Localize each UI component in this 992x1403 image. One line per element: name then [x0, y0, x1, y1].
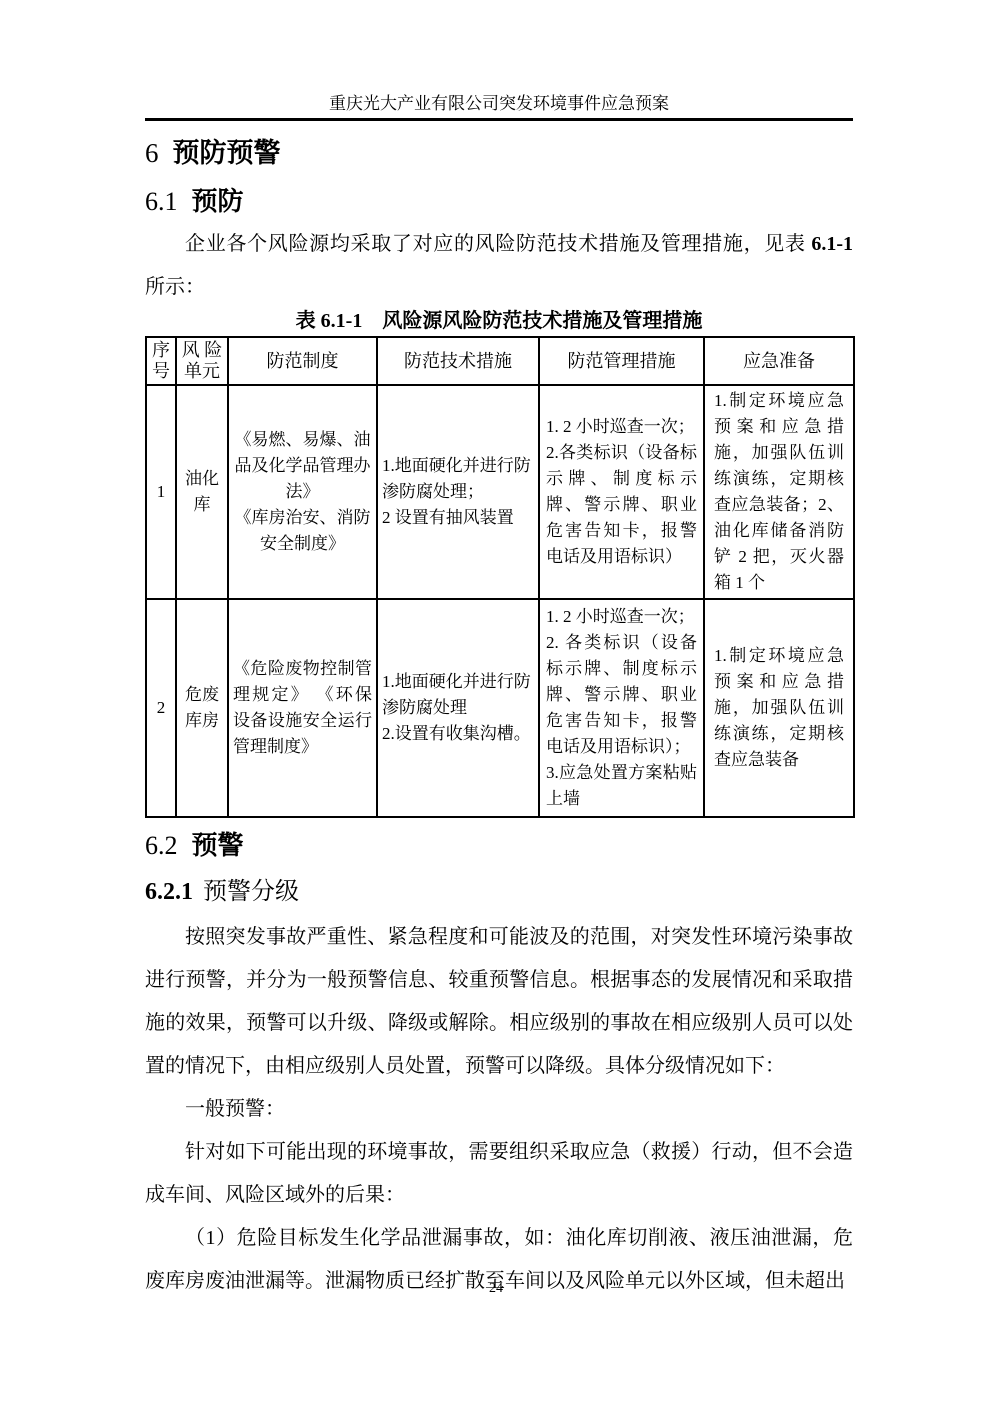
document-page: 重庆光大产业有限公司突发环境事件应急预案 6预防预警 6.1预防 企业各个风险源… — [0, 0, 992, 1403]
heading-number: 6 — [145, 138, 159, 168]
table-header-row: 序 号 风 险 单元 防范制度 防范技术措施 防范管理措施 应急准备 — [146, 337, 854, 385]
col-header-mgmt: 防范管理措施 — [539, 337, 704, 385]
cell-tech: 1.地面硬化并进行防渗防腐处理； 2 设置有抽风装置 — [377, 385, 539, 599]
heading-text: 预防 — [192, 186, 244, 216]
cell-unit: 危废 库房 — [176, 599, 228, 817]
page-body: 6预防预警 6.1预防 企业各个风险源均采取了对应的风险防范技术措施及管理措施，… — [145, 138, 853, 1303]
heading-number: 6.2 — [145, 831, 178, 860]
table-reference: 6.1-1 — [811, 233, 853, 255]
cell-seq: 1 — [146, 385, 176, 599]
para-intro-text: 企业各个风险源均采取了对应的风险防范技术措施及管理措施，见表 — [185, 233, 811, 255]
para-general-warning-label: 一般预警： — [145, 1088, 853, 1131]
para-general-warning-desc: 针对如下可能出现的环境事故，需要组织采取应急（救援）行动，但不会造成车间、风险区… — [145, 1131, 853, 1217]
cell-mgmt: 1. 2 小时巡查一次； 2.各类标识（设备标示牌、制度标示牌、警示牌、职业危害… — [539, 385, 704, 599]
heading-number: 6.1 — [145, 187, 178, 216]
heading-6-1: 6.1预防 — [145, 186, 853, 217]
para-warning-overview: 按照突发事故严重性、紧急程度和可能波及的范围，对突发性环境污染事故进行预警，并分… — [145, 916, 853, 1088]
heading-6-2-1: 6.2.1预警分级 — [145, 878, 853, 907]
cell-seq: 2 — [146, 599, 176, 817]
header-title: 重庆光大产业有限公司突发环境事件应急预案 — [329, 94, 669, 113]
col-header-system: 防范制度 — [228, 337, 377, 385]
heading-number: 6.2.1 — [145, 879, 193, 905]
col-header-seq: 序 号 — [146, 337, 176, 385]
cell-unit: 油化 库 — [176, 385, 228, 599]
heading-text: 预防预警 — [173, 138, 281, 168]
heading-text: 预警分级 — [203, 879, 299, 905]
cell-mgmt: 1. 2 小时巡查一次； 2. 各类标识（设备标示牌、制度标示牌、警示牌、职业危… — [539, 599, 704, 817]
col-header-prep: 应急准备 — [704, 337, 854, 385]
para-intro-tail: 所示： — [145, 276, 205, 298]
heading-6-2: 6.2预警 — [145, 830, 853, 861]
cell-system: 《易燃、易爆、油品及化学品管理办法》 《库房治安、消防安全制度》 — [228, 385, 377, 599]
heading-text: 预警 — [192, 830, 244, 860]
heading-6: 6预防预警 — [145, 138, 853, 169]
cell-prep: 1.制定环境应急预案和应急措施，加强队伍训练演练，定期核查应急装备 — [704, 599, 854, 817]
risk-measures-table: 序 号 风 险 单元 防范制度 防范技术措施 防范管理措施 应急准备 1 油化 … — [145, 336, 855, 818]
col-header-unit: 风 险 单元 — [176, 337, 228, 385]
col-header-tech: 防范技术措施 — [377, 337, 539, 385]
table-caption: 表 6.1-1 风险源风险防范技术措施及管理措施 — [145, 309, 853, 333]
table-row-1: 1 油化 库 《易燃、易爆、油品及化学品管理办法》 《库房治安、消防安全制度》 … — [146, 385, 854, 599]
cell-tech: 1.地面硬化并进行防渗防腐处理 2.设置有收集沟槽。 — [377, 599, 539, 817]
page-number: 24 — [0, 1281, 992, 1297]
page-header: 重庆光大产业有限公司突发环境事件应急预案 — [145, 0, 853, 121]
table-row-2: 2 危废 库房 《危险废物控制管理规定》 《环保设备设施安全运行管理制度》 1.… — [146, 599, 854, 817]
para-intro: 企业各个风险源均采取了对应的风险防范技术措施及管理措施，见表 6.1-1 所示： — [145, 223, 853, 309]
cell-system: 《危险废物控制管理规定》 《环保设备设施安全运行管理制度》 — [228, 599, 377, 817]
cell-prep: 1.制定环境应急预案和应急措施，加强队伍训练演练，定期核查应急装备；2、油化库储… — [704, 385, 854, 599]
